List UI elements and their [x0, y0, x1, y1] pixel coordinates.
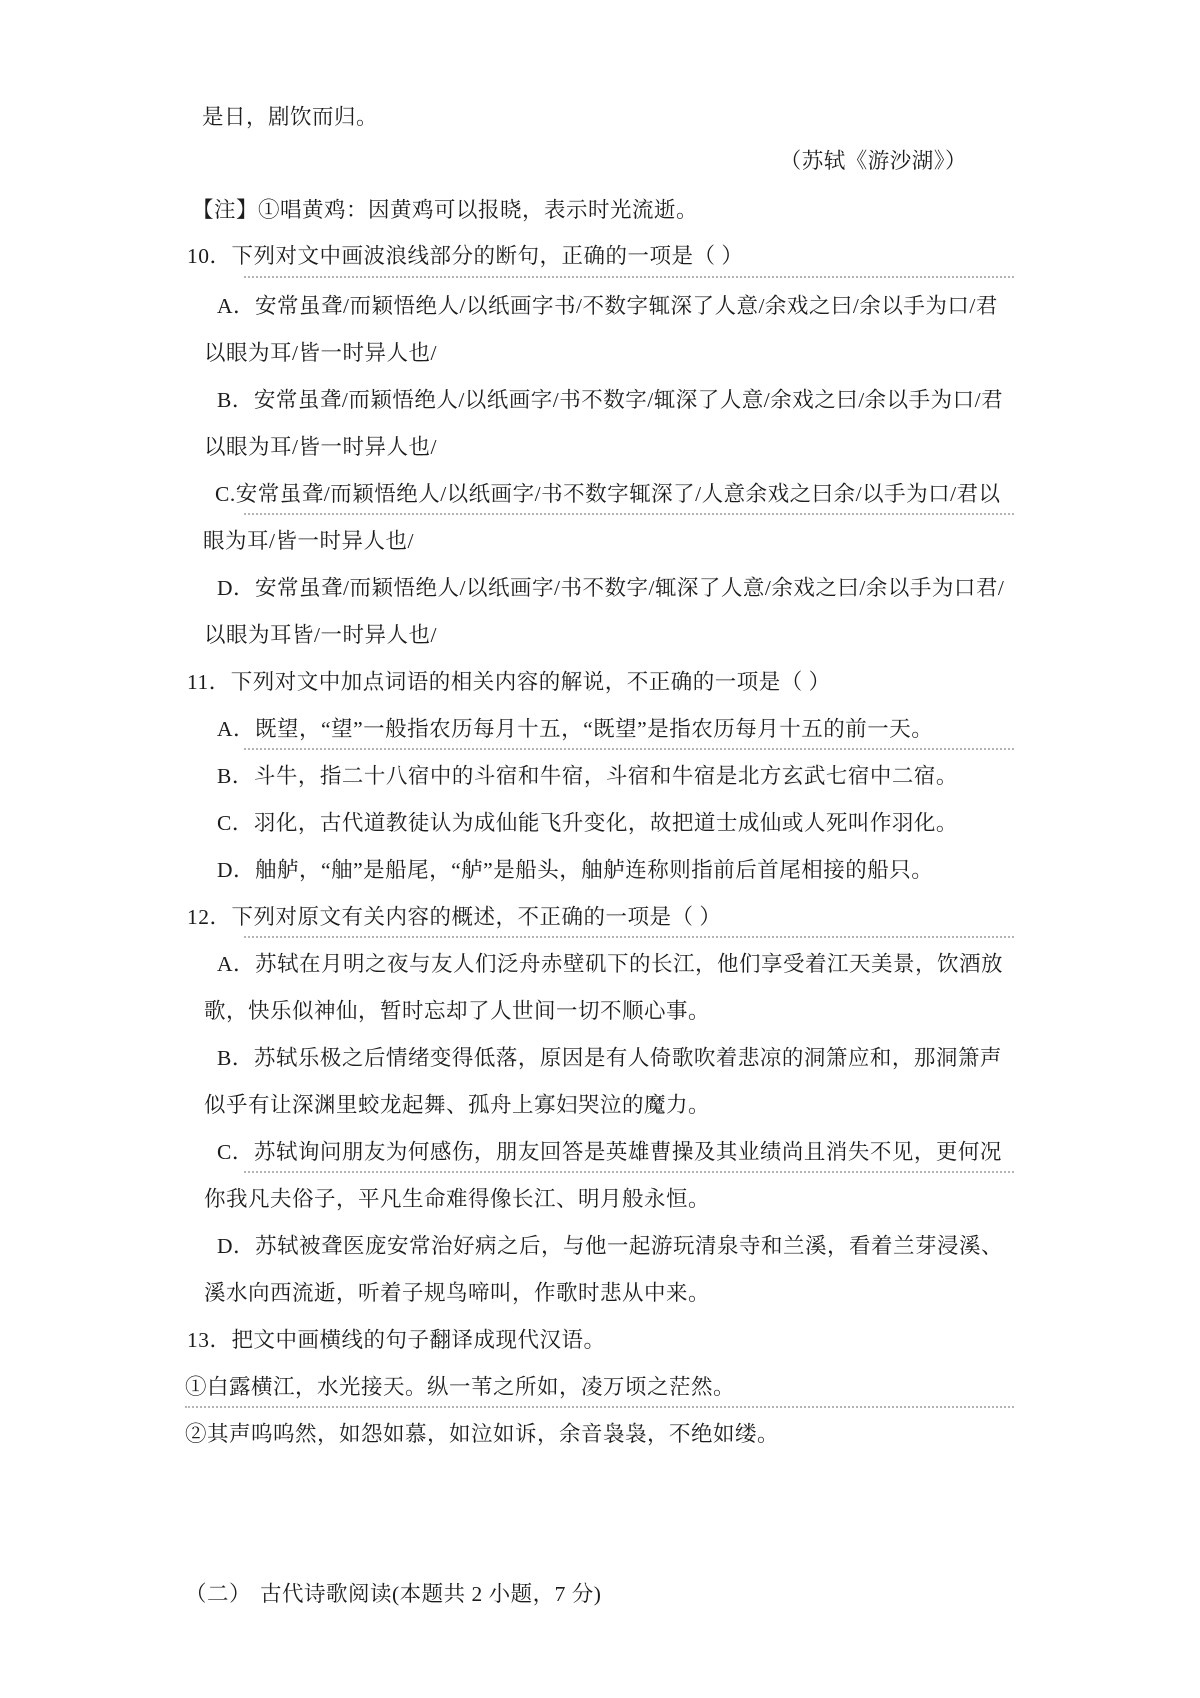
question-13-stem: 13．把文中画横线的句子翻译成现代汉语。: [187, 1329, 606, 1353]
passage-citation: （苏轼《游沙湖》）: [780, 150, 967, 174]
dotted-separator: [244, 748, 1014, 750]
q11-option-c: C．羽化，古代道教徒认为成仙能飞升变化，故把道士成仙或人死叫作羽化。: [217, 812, 958, 836]
q12-option-a-line1: A．苏轼在月明之夜与友人们泛舟赤壁矶下的长江，他们享受着江天美景，饮酒放: [217, 953, 1003, 977]
q12-option-d-line1: D．苏轼被聋医庞安常治好病之后，与他一起游玩清泉寺和兰溪，看着兰芽浸溪、: [217, 1235, 1003, 1259]
passage-closing-line: 是日，剧饮而归。: [202, 106, 378, 130]
q10-option-c-line1: C.安常虽聋/而颖悟绝人/以纸画字/书不数字辄深了/人意余戏之曰余/以手为口/君…: [215, 483, 1001, 507]
q12-option-d-line2: 溪水向西流逝，听着子规鸟啼叫，作歌时悲从中来。: [204, 1282, 710, 1306]
q12-option-c-line1: C．苏轼询问朋友为何感伤，朋友回答是英雄曹操及其业绩尚且消失不见，更何况: [217, 1141, 1002, 1165]
q12-option-c-line2: 你我凡夫俗子，平凡生命难得像长江、明月般永恒。: [204, 1188, 710, 1212]
question-10-stem: 10．下列对文中画波浪线部分的断句，正确的一项是（ ）: [187, 245, 743, 269]
q12-option-b-line1: B．苏轼乐极之后情绪变得低落，原因是有人倚歌吹着悲凉的洞箫应和，那洞箫声: [217, 1047, 1002, 1071]
section-2-marker: （二）: [185, 1583, 251, 1607]
exam-page: 是日，剧饮而归。 （苏轼《游沙湖》） 【注】①唱黄鸡：因黄鸡可以报晓，表示时光流…: [0, 0, 1200, 1698]
question-11-stem: 11．下列对文中加点词语的相关内容的解说，不正确的一项是（ ）: [187, 671, 831, 695]
q10-option-b-line1: B．安常虽聋/而颖悟绝人/以纸画字/书不数字/辄深了人意/余戏之曰/余以手为口/…: [217, 389, 1003, 413]
q10-option-d-line1: D．安常虽聋/而颖悟绝人/以纸画字/书不数字/辄深了人意/余戏之曰/余以手为口君…: [217, 577, 1004, 601]
q10-option-d-line2: 以眼为耳皆/一时异人也/: [204, 624, 437, 648]
q11-option-d: D．舳舻，“舳”是船尾，“舻”是船头，舳舻连称则指前后首尾相接的船只。: [217, 859, 933, 883]
passage-note: 【注】①唱黄鸡：因黄鸡可以报晓，表示时光流逝。: [192, 199, 698, 223]
q12-option-b-line2: 似乎有让深渊里蛟龙起舞、孤舟上寡妇哭泣的魔力。: [204, 1094, 710, 1118]
dotted-separator: [244, 513, 1014, 515]
q10-option-c-line2: 眼为耳/皆一时异人也/: [203, 530, 414, 554]
q13-sentence-1: ①白露横江，水光接天。纵一苇之所如，凌万顷之茫然。: [185, 1376, 735, 1400]
q11-option-b: B．斗牛，指二十八宿中的斗宿和牛宿，斗宿和牛宿是北方玄武七宿中二宿。: [217, 765, 958, 789]
q10-option-a-line2: 以眼为耳/皆一时异人也/: [204, 342, 437, 366]
q13-sentence-2: ②其声呜呜然，如怨如慕，如泣如诉，余音袅袅，不绝如缕。: [185, 1423, 779, 1447]
dotted-separator: [185, 1406, 1014, 1408]
q10-option-b-line2: 以眼为耳/皆一时异人也/: [204, 436, 437, 460]
q12-option-a-line2: 歌，快乐似神仙，暂时忘却了人世间一切不顺心事。: [204, 1000, 710, 1024]
section-2-title: 古代诗歌阅读(本题共 2 小题，7 分): [260, 1583, 601, 1607]
question-12-stem: 12．下列对原文有关内容的概述，不正确的一项是（ ）: [187, 906, 721, 930]
dotted-separator: [244, 1171, 1014, 1173]
dotted-separator: [244, 276, 1014, 278]
q10-option-a-line1: A．安常虽聋/而颖悟绝人/以纸画字书/不数字辄深了人意/余戏之曰/余以手为口/君: [217, 295, 998, 319]
dotted-separator: [244, 936, 1014, 938]
q11-option-a: A．既望，“望”一般指农历每月十五，“既望”是指农历每月十五的前一天。: [217, 718, 933, 742]
